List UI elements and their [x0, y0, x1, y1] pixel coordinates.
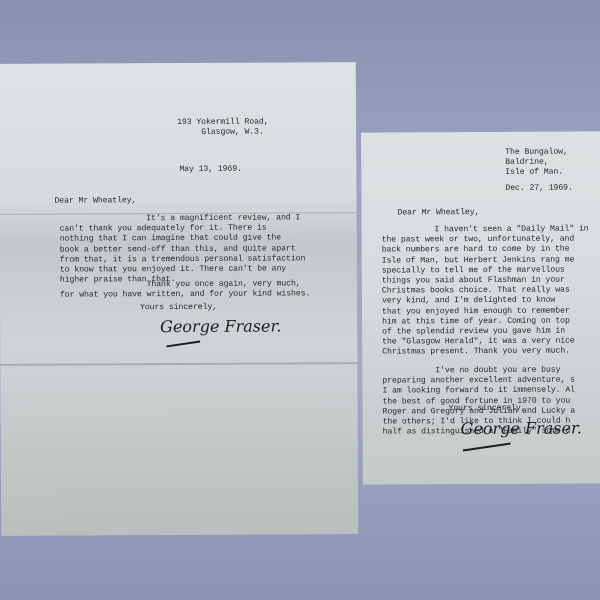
closing: Yours sincerely, [449, 404, 526, 415]
sender-address: The Bungalow,Baldrine,Isle of Man. [505, 148, 568, 179]
letter-date: May 13, 1969. [179, 165, 242, 176]
address-line: Glasgow, W.3. [177, 128, 269, 139]
signature: George Fraser. [160, 316, 281, 336]
letter-may-1969: 193 Yokermill Road, Glasgow, W.3. May 13… [0, 62, 358, 536]
salutation: Dear Mr Wheatley, [397, 208, 479, 219]
body-line: back numbers are hard to come by in the [382, 245, 589, 256]
address-line: The Bungalow, [505, 148, 568, 159]
letter-date: Dec. 27, 1969. [505, 184, 572, 195]
body-line: for what you have written, and for your … [60, 290, 310, 302]
body-line: I am looking forward to it immensely. Al [382, 386, 575, 397]
sender-address: 193 Yokermill Road, Glasgow, W.3. [177, 118, 269, 139]
signature-underline [166, 341, 200, 347]
letter-dec-1969: The Bungalow,Baldrine,Isle of Man. Dec. … [361, 131, 600, 484]
closing: Yours sincerely, [140, 303, 217, 314]
paper-fold [0, 362, 357, 366]
signature: George Fraser. [461, 419, 582, 439]
letter-body: I haven't seen a "Daily Mail" inthe past… [382, 224, 590, 358]
signature-underline [463, 443, 511, 451]
letter-body-2: Thank you once again, very much,for what… [60, 279, 310, 301]
body-line: to know that you enjoyed it. There can't… [60, 264, 306, 275]
letter-body: It's a magnificent review, and Ican't th… [60, 213, 306, 286]
salutation: Dear Mr Wheatley, [54, 196, 136, 207]
body-line: nothing that I can imagine that could gi… [60, 234, 306, 245]
body-line: Christmas present. Thank you very much. [382, 347, 589, 358]
address-line: Isle of Man. [505, 168, 568, 179]
